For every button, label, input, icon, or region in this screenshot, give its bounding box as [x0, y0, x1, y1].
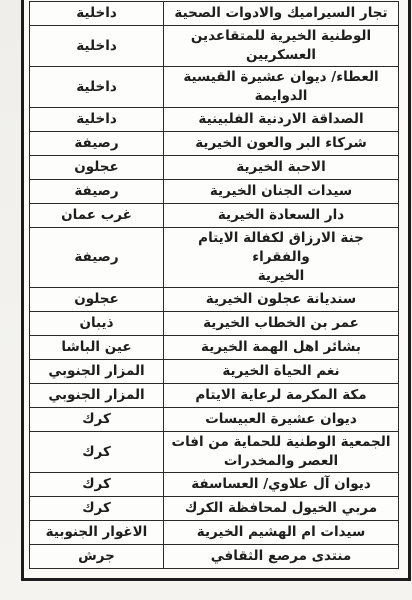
table-row: مربي الخيول لمحافظة الكرككرك	[30, 497, 399, 521]
table-row: سنديانة عجلون الخيريةعجلون	[30, 288, 399, 312]
region-cell: جرش	[30, 545, 164, 569]
table-row: مكة المكرمة لرعاية الايتامالمزار الجنوبي	[30, 384, 399, 408]
region-cell: المزار الجنوبي	[30, 384, 164, 408]
table-row: ديوان آل علاوي/ العساسفةكرك	[30, 473, 399, 497]
table-row: عمر بن الخطاب الخيريةذيبان	[30, 312, 399, 336]
organization-name-cell: منتدى مرصع الثقافي	[164, 545, 399, 569]
region-cell: رصيفة	[30, 132, 164, 156]
table-row: الوطنية الخيرية للمتقاعدين العسكريينداخل…	[30, 26, 399, 67]
organization-name-cell: شركاء البر والعون الخيرية	[164, 132, 399, 156]
organization-name-cell: سيدات ام الهشيم الخيرية	[164, 521, 399, 545]
table-row: ديوان عشيرة العبيساتكرك	[30, 408, 399, 432]
region-cell: داخلية	[30, 67, 164, 108]
table-row: نغم الحياة الخيريةالمزار الجنوبي	[30, 360, 399, 384]
organization-name-cell: بشائر اهل الهمة الخيرية	[164, 336, 399, 360]
region-cell: غرب عمان	[30, 204, 164, 228]
organization-name-cell: الجمعية الوطنية للحماية من افات العصر وا…	[164, 432, 399, 473]
organization-name-cell: ديوان آل علاوي/ العساسفة	[164, 473, 399, 497]
region-cell: عجلون	[30, 156, 164, 180]
table-row: منتدى مرصع الثقافيجرش	[30, 545, 399, 569]
organization-name-cell: تجار السيراميك والادوات الصحية	[164, 2, 399, 26]
organization-name-cell: جنة الارزاق لكفالة الايتام والفقراء الخي…	[164, 228, 399, 288]
table-row: سيدات الجنان الخيريةرصيفة	[30, 180, 399, 204]
organization-name-cell: سيدات الجنان الخيرية	[164, 180, 399, 204]
region-cell: رصيفة	[30, 180, 164, 204]
region-cell: كرك	[30, 497, 164, 521]
organization-name-cell: دار السعادة الخيرية	[164, 204, 399, 228]
region-cell: داخلية	[30, 2, 164, 26]
organization-name-cell: الوطنية الخيرية للمتقاعدين العسكريين	[164, 26, 399, 67]
table-row: الصداقة الاردنية الفلبينيةداخلية	[30, 108, 399, 132]
organization-name-cell: الصداقة الاردنية الفلبينية	[164, 108, 399, 132]
region-cell: داخلية	[30, 108, 164, 132]
table-outer-frame: تجار السيراميك والادوات الصحيةداخليةالوط…	[21, 0, 411, 581]
organization-name-cell: مربي الخيول لمحافظة الكرك	[164, 497, 399, 521]
scanned-page: تجار السيراميك والادوات الصحيةداخليةالوط…	[0, 0, 412, 600]
org-table-body: تجار السيراميك والادوات الصحيةداخليةالوط…	[30, 2, 399, 569]
region-cell: كرك	[30, 473, 164, 497]
organization-name-cell: مكة المكرمة لرعاية الايتام	[164, 384, 399, 408]
organization-name-cell: عمر بن الخطاب الخيرية	[164, 312, 399, 336]
region-cell: الاغوار الجنوبية	[30, 521, 164, 545]
table-row: تجار السيراميك والادوات الصحيةداخلية	[30, 2, 399, 26]
region-cell: كرك	[30, 432, 164, 473]
table-row: دار السعادة الخيريةغرب عمان	[30, 204, 399, 228]
organization-name-cell: ديوان عشيرة العبيسات	[164, 408, 399, 432]
table-row: العطاء/ ديوان عشيرة القيسية الدوايمةداخل…	[30, 67, 399, 108]
table-row: الجمعية الوطنية للحماية من افات العصر وا…	[30, 432, 399, 473]
region-cell: ذيبان	[30, 312, 164, 336]
table-row: سيدات ام الهشيم الخيريةالاغوار الجنوبية	[30, 521, 399, 545]
region-cell: عجلون	[30, 288, 164, 312]
organization-name-cell: الاحبة الخيرية	[164, 156, 399, 180]
region-cell: رصيفة	[30, 228, 164, 288]
region-cell: داخلية	[30, 26, 164, 67]
table-row: الاحبة الخيريةعجلون	[30, 156, 399, 180]
region-cell: عين الباشا	[30, 336, 164, 360]
region-cell: المزار الجنوبي	[30, 360, 164, 384]
organization-name-cell: سنديانة عجلون الخيرية	[164, 288, 399, 312]
table-row: جنة الارزاق لكفالة الايتام والفقراء الخي…	[30, 228, 399, 288]
organization-name-cell: العطاء/ ديوان عشيرة القيسية الدوايمة	[164, 67, 399, 108]
region-cell: كرك	[30, 408, 164, 432]
organization-name-cell: نغم الحياة الخيرية	[164, 360, 399, 384]
table-row: شركاء البر والعون الخيريةرصيفة	[30, 132, 399, 156]
table-row: بشائر اهل الهمة الخيريةعين الباشا	[30, 336, 399, 360]
organizations-table: تجار السيراميك والادوات الصحيةداخليةالوط…	[29, 1, 399, 569]
